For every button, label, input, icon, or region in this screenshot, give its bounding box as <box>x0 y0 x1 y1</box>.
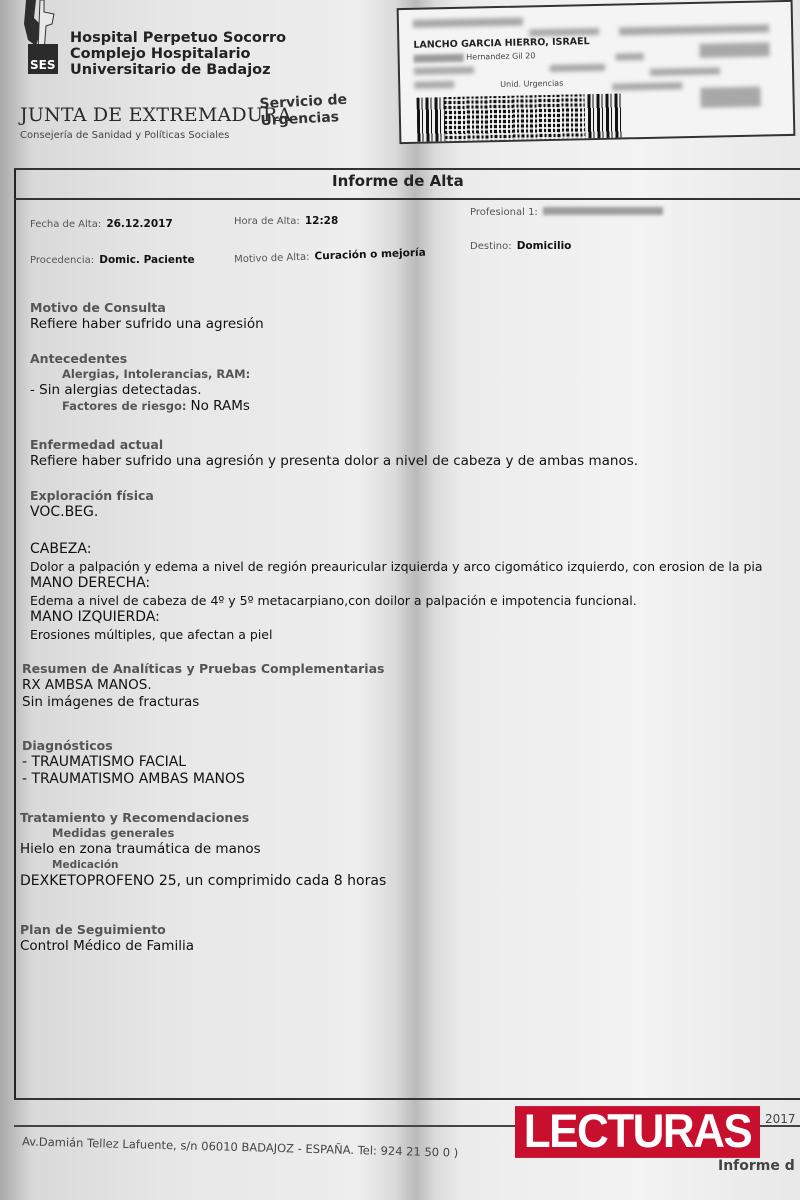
section-heading: Exploración física <box>30 488 154 504</box>
mano-izquierda-text: Erosiones múltiples, que afectan a piel <box>30 626 763 643</box>
mano-derecha-text: Edema a nivel de cabeza de 4º y 5º metac… <box>30 592 763 609</box>
redacted-field <box>650 67 720 75</box>
hora-alta: Hora de Alta: 12:28 <box>234 209 338 228</box>
fecha-label: Fecha de Alta: <box>30 219 101 230</box>
diagnostico-item: - TRAUMATISMO FACIAL <box>22 754 245 771</box>
hora-value: 12:28 <box>305 215 338 227</box>
section-enfermedad-actual: Enfermedad actual Refiere haber sufrido … <box>30 437 638 470</box>
mano-izquierda-heading: MANO IZQUIERDA: <box>30 609 763 626</box>
redacted-field <box>619 24 769 35</box>
consejeria-subtitle: Consejería de Sanidad y Políticas Social… <box>20 130 229 141</box>
patient-name: LANCHO GARCIA HIERRO, ISRAEL <box>413 36 589 51</box>
lecturas-watermark-logo: LECTURAS <box>515 1106 760 1158</box>
cabeza-heading: CABEZA: <box>30 541 763 558</box>
ses-logo-text: SES <box>30 58 55 72</box>
factores-riesgo-label: Factores de riesgo: <box>62 399 187 413</box>
profesional-label: Profesional 1: <box>470 207 538 218</box>
redacted-field <box>612 82 682 90</box>
section-heading: Plan de Seguimiento <box>20 922 194 938</box>
report-title: Informe de Alta <box>332 172 464 190</box>
section-antecedentes: Antecedentes Alergias, Intolerancias, RA… <box>30 351 250 414</box>
section-heading: Antecedentes <box>30 351 250 367</box>
junta-title: JUNTA DE EXTREMADURA <box>20 104 291 126</box>
section-seguimiento: Plan de Seguimiento Control Médico de Fa… <box>20 922 194 955</box>
pruebas-line-1: RX AMBSA MANOS. <box>22 677 384 694</box>
section-motivo-consulta: Motivo de Consulta Refiere haber sufrido… <box>30 300 264 333</box>
destino-label: Destino: <box>470 241 512 252</box>
redacted-field <box>699 42 769 57</box>
datamatrix-code <box>444 94 585 141</box>
redacted-field <box>550 64 605 72</box>
pruebas-line-2: Sin imágenes de fracturas <box>22 694 384 711</box>
patient-label: LANCHO GARCIA HIERRO, ISRAEL Hernandez G… <box>397 0 796 144</box>
profesional: Profesional 1: <box>470 200 663 219</box>
exploracion-intro: VOC.BEG. <box>30 504 154 521</box>
section-text: Refiere haber sufrido una agresión <box>30 316 264 333</box>
hora-label: Hora de Alta: <box>234 216 300 227</box>
hospital-line-2: Complejo Hospitalario <box>70 46 286 62</box>
servicio-line-2: Urgencias <box>260 109 348 131</box>
section-text: Refiere haber sufrido una agresión y pre… <box>30 453 638 470</box>
ses-logo: SES <box>22 0 62 76</box>
section-heading: Enfermedad actual <box>30 437 638 453</box>
motivo-alta-label: Motivo de Alta: <box>234 252 310 266</box>
redacted-field <box>700 87 760 108</box>
fecha-value: 26.12.2017 <box>106 218 172 230</box>
redacted-field <box>414 81 454 89</box>
redacted-field <box>414 67 474 75</box>
diagnostico-item: - TRAUMATISMO AMBAS MANOS <box>22 771 245 788</box>
section-exploracion: Exploración física VOC.BEG. <box>30 488 154 521</box>
destino-value: Domicilio <box>517 240 572 252</box>
motivo-alta-value: Curación o mejoría <box>314 247 426 263</box>
street-fragment: Hernandez Gil 20 <box>466 51 535 61</box>
section-pruebas: Resumen de Analíticas y Pruebas Compleme… <box>22 661 384 711</box>
section-text: - Sin alergias detectadas. <box>30 382 250 399</box>
procedencia: Procedencia: Domic. Paciente <box>30 248 195 267</box>
cabeza-text: Dolor a palpación y edema a nivel de reg… <box>30 558 763 575</box>
hospital-name: Hospital Perpetuo Socorro Complejo Hospi… <box>70 30 286 78</box>
section-subheading: Alergias, Intolerancias, RAM: <box>30 367 250 382</box>
hospital-address: Av.Damián Tellez Lafuente, s/n 06010 BAD… <box>22 1134 458 1159</box>
redacted-field <box>414 53 464 62</box>
barcode <box>417 93 623 141</box>
patient-address: Hernandez Gil 20 <box>414 51 536 63</box>
procedencia-value: Domic. Paciente <box>99 254 194 266</box>
mano-derecha-heading: MANO DERECHA: <box>30 575 763 592</box>
unit-label: Unid. Urgencias <box>500 79 563 89</box>
next-page-title-fragment: Informe d <box>718 1158 795 1174</box>
year-fragment: 2017 <box>765 1112 796 1126</box>
section-heading: Tratamiento y Recomendaciones <box>20 810 386 826</box>
section-tratamiento: Tratamiento y Recomendaciones Medidas ge… <box>20 810 386 890</box>
section-subheading: Medidas generales <box>20 826 386 841</box>
section-heading: Diagnósticos <box>22 738 245 754</box>
exploracion-details: CABEZA: Dolor a palpación y edema a nive… <box>30 541 763 643</box>
fecha-alta: Fecha de Alta: 26.12.2017 <box>30 212 173 231</box>
seguimiento-text: Control Médico de Familia <box>20 938 194 955</box>
servicio-urgencias: Servicio de Urgencias <box>259 92 348 131</box>
redacted-profesional <box>543 207 663 215</box>
redacted-field <box>616 53 644 61</box>
section-heading: Resumen de Analíticas y Pruebas Compleme… <box>22 661 384 677</box>
hospital-line-3: Universitario de Badajoz <box>70 62 286 78</box>
section-diagnosticos: Diagnósticos - TRAUMATISMO FACIAL - TRAU… <box>22 738 245 788</box>
section-heading: Motivo de Consulta <box>30 300 264 316</box>
redacted-field <box>413 18 523 28</box>
redacted-field <box>529 28 599 36</box>
procedencia-label: Procedencia: <box>30 255 94 266</box>
medicacion-text: DEXKETOPROFENO 25, un comprimido cada 8 … <box>20 873 386 890</box>
medidas-text: Hielo en zona traumática de manos <box>20 841 386 858</box>
section-subheading: Medicación <box>20 858 386 873</box>
factores-riesgo-value: No RAMs <box>191 398 250 414</box>
destino: Destino: Domicilio <box>470 234 571 253</box>
hospital-line-1: Hospital Perpetuo Socorro <box>70 30 286 46</box>
